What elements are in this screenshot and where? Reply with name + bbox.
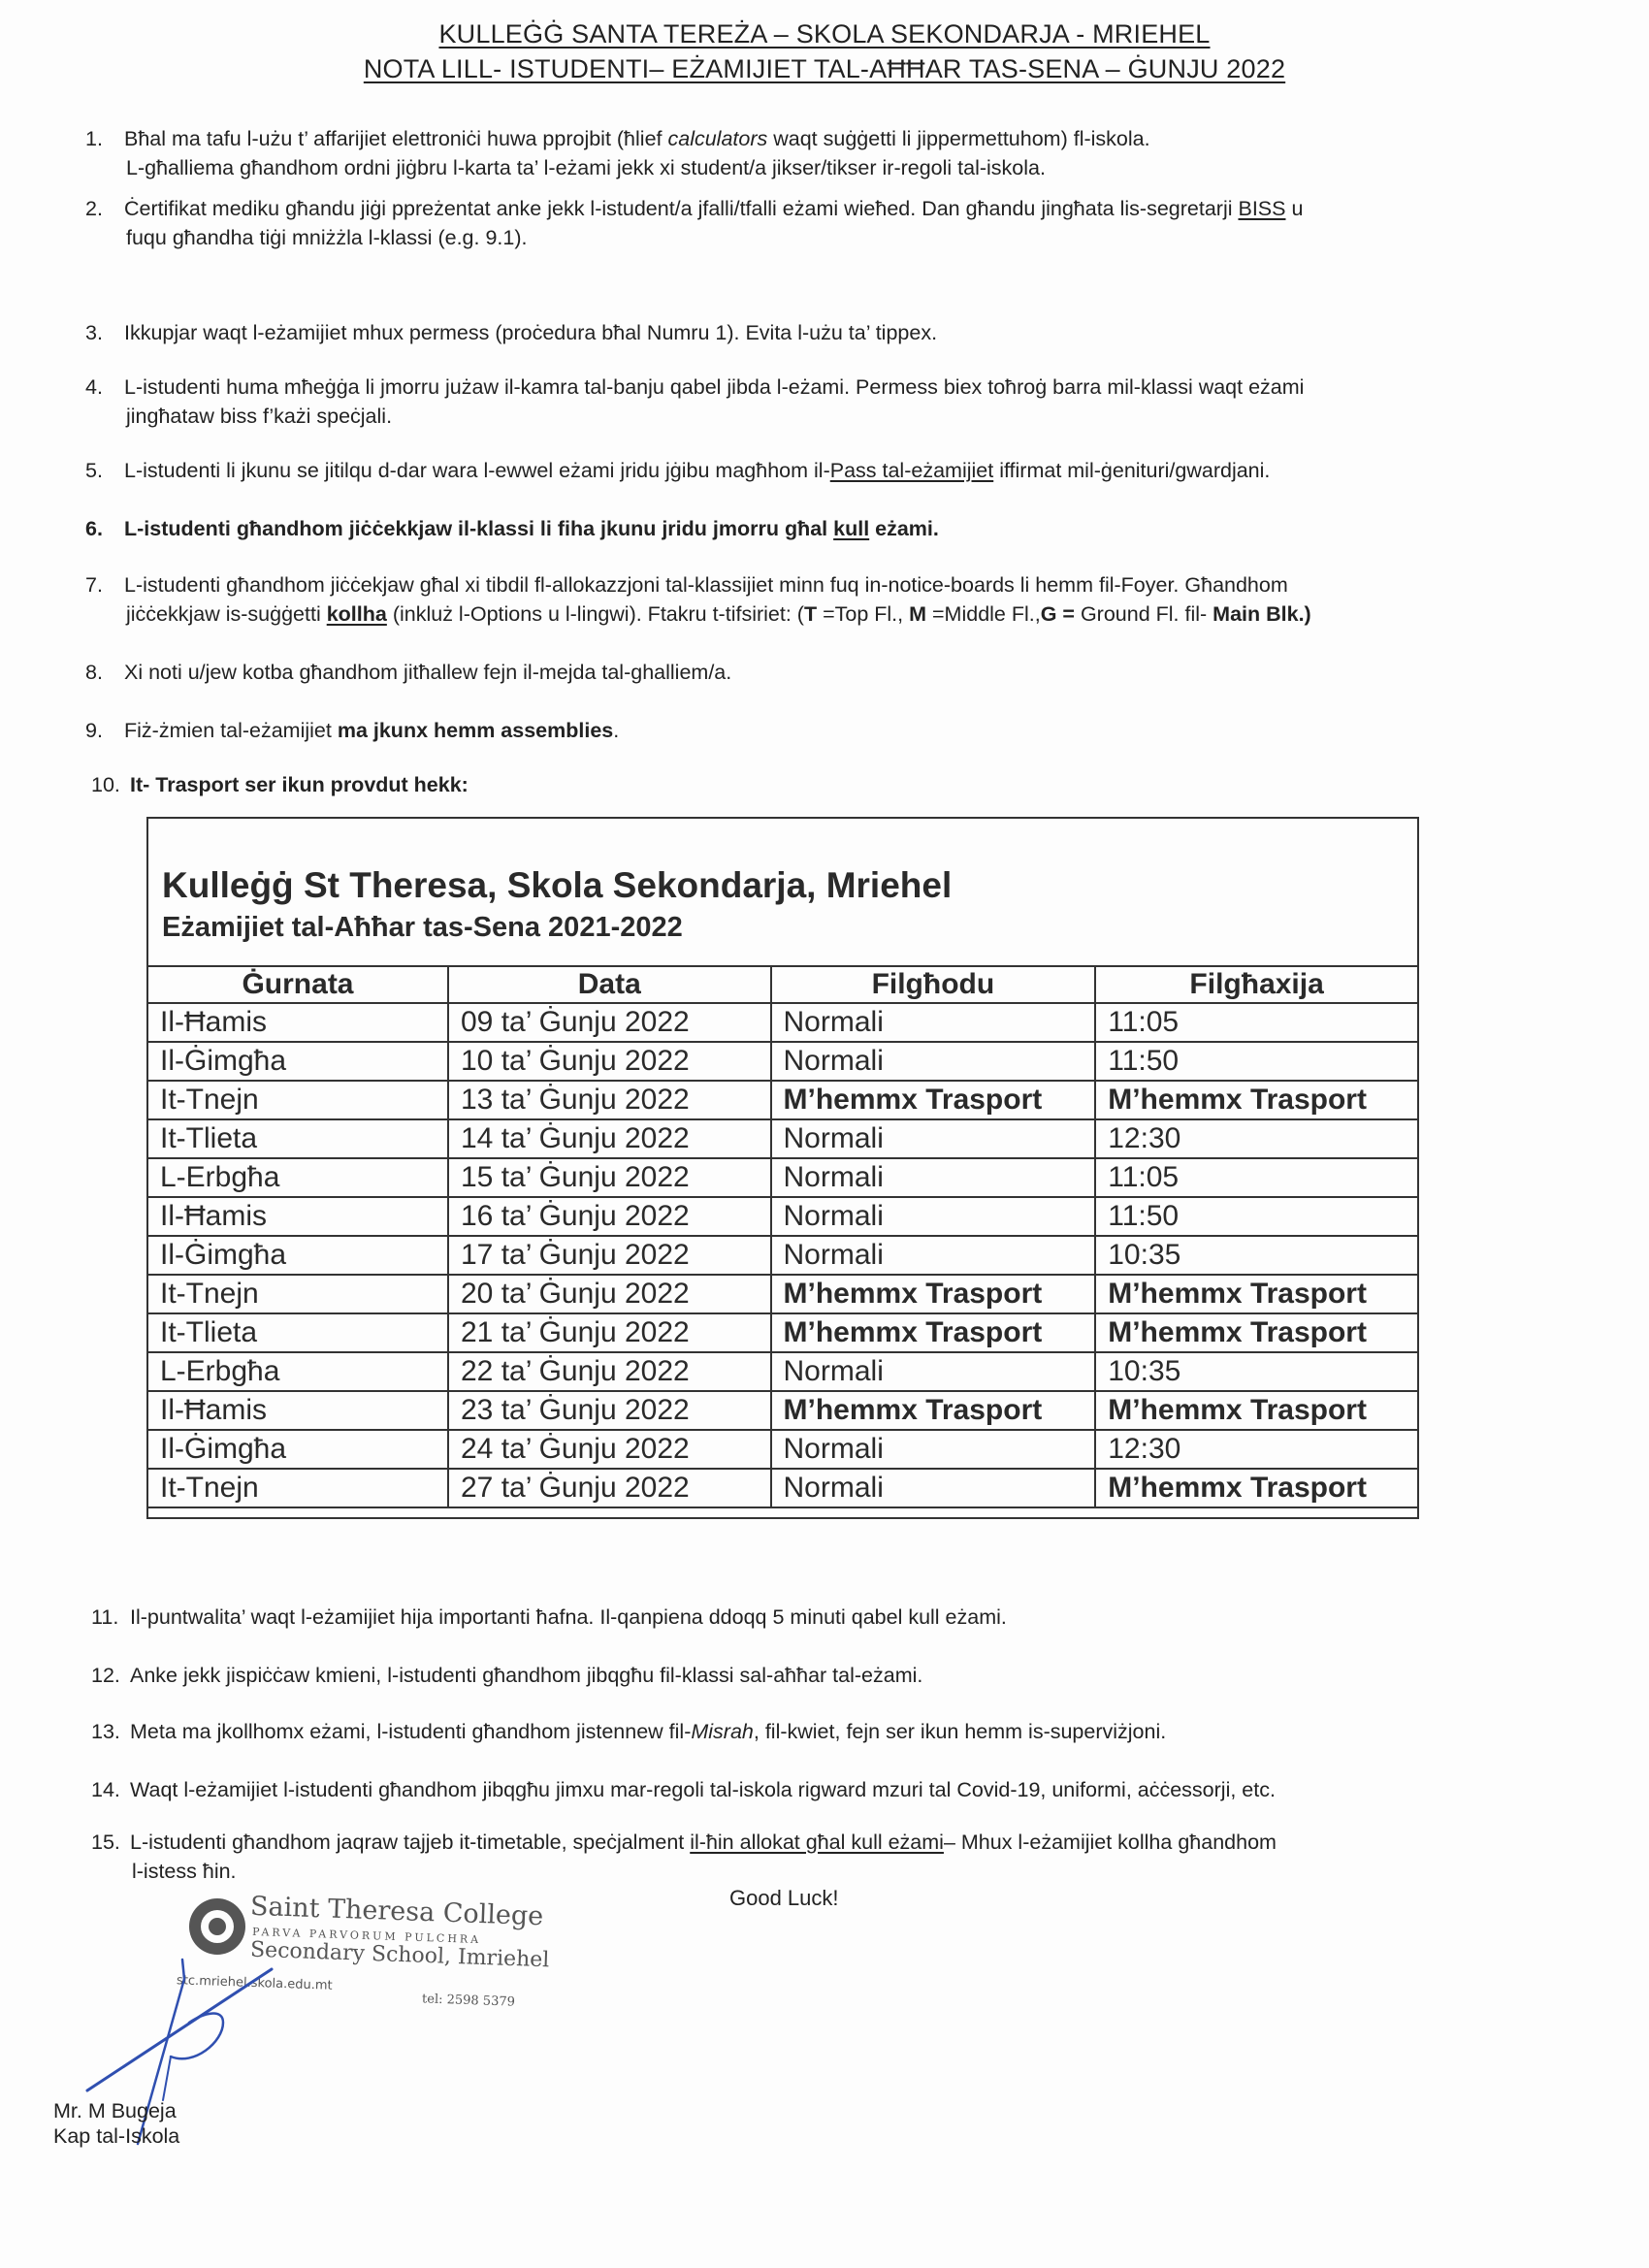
note-number: 8. bbox=[85, 658, 124, 687]
cell-morning: M’hemmx Trasport bbox=[771, 1275, 1096, 1313]
cell-date: 23 ta’ Ġunju 2022 bbox=[448, 1391, 771, 1430]
cell-afternoon: 10:35 bbox=[1095, 1352, 1418, 1391]
cell-morning: Normali bbox=[771, 1119, 1096, 1158]
cell-morning: Normali bbox=[771, 1469, 1096, 1507]
cell-day: L-Erbgħa bbox=[147, 1158, 448, 1197]
note-text: Bħal ma tafu l-użu t’ affarijiet elettro… bbox=[124, 127, 1150, 150]
note-text: Ċertifikat mediku għandu jiġi ppreżentat… bbox=[124, 197, 1303, 220]
cell-day: Il-Ħamis bbox=[147, 1391, 448, 1430]
note-number: 7. bbox=[85, 570, 124, 599]
note-item: 6.L-istudenti għandhom jiċċekkjaw il-kla… bbox=[85, 514, 1540, 543]
table-row: L-Erbgħa15 ta’ Ġunju 2022Normali11:05 bbox=[147, 1158, 1418, 1197]
note-number: 10. bbox=[91, 770, 130, 799]
note-number: 15. bbox=[91, 1828, 130, 1857]
cell-date: 09 ta’ Ġunju 2022 bbox=[448, 1003, 771, 1042]
note-text: Waqt l-eżamijiet l-istudenti għandhom ji… bbox=[130, 1778, 1276, 1801]
table-row: It-Tnejn27 ta’ Ġunju 2022NormaliM’hemmx … bbox=[147, 1469, 1418, 1507]
cell-date: 24 ta’ Ġunju 2022 bbox=[448, 1430, 771, 1469]
cell-day: It-Tlieta bbox=[147, 1313, 448, 1352]
cell-date: 17 ta’ Ġunju 2022 bbox=[448, 1236, 771, 1275]
note-item: 2.Ċertifikat mediku għandu jiġi ppreżent… bbox=[85, 194, 1540, 252]
cell-date: 15 ta’ Ġunju 2022 bbox=[448, 1158, 771, 1197]
signer-name: Mr. M Bugeja bbox=[53, 2098, 179, 2123]
note-number: 3. bbox=[85, 318, 124, 347]
cell-day: It-Tlieta bbox=[147, 1119, 448, 1158]
cell-morning: Normali bbox=[771, 1430, 1096, 1469]
note-item: 7.L-istudenti għandhom jiċċekjaw għal xi… bbox=[85, 570, 1540, 629]
note-number: 13. bbox=[91, 1717, 130, 1746]
notice-page: KULLEĠĠ SANTA TEREŻA – SKOLA SEKONDARJA … bbox=[0, 0, 1649, 2268]
note-item: 15.L-istudenti għandhom jaqraw tajjeb it… bbox=[91, 1828, 1546, 1886]
cell-date: 27 ta’ Ġunju 2022 bbox=[448, 1469, 771, 1507]
timetable-table: Ġurnata Data Filgħodu Filgħaxija Il-Ħami… bbox=[146, 965, 1419, 1508]
table-header-row: Ġurnata Data Filgħodu Filgħaxija bbox=[147, 966, 1418, 1003]
cell-morning: Normali bbox=[771, 1003, 1096, 1042]
note-text: Ikkupjar waqt l-eżamijiet mhux permess (… bbox=[124, 321, 937, 344]
note-text-continued: L-għalliema għandhom ordni jiġbru l-kart… bbox=[85, 153, 1540, 182]
table-row: Il-Ħamis16 ta’ Ġunju 2022Normali11:50 bbox=[147, 1197, 1418, 1236]
note-item: 14.Waqt l-eżamijiet l-istudenti għandhom… bbox=[91, 1775, 1546, 1804]
note-item: 5.L-istudenti li jkunu se jitilqu d-dar … bbox=[85, 456, 1540, 485]
cell-afternoon: M’hemmx Trasport bbox=[1095, 1469, 1418, 1507]
note-number: 2. bbox=[85, 194, 124, 223]
table-row: It-Tlieta21 ta’ Ġunju 2022M’hemmx Traspo… bbox=[147, 1313, 1418, 1352]
table-row: It-Tnejn20 ta’ Ġunju 2022M’hemmx Traspor… bbox=[147, 1275, 1418, 1313]
table-row: It-Tlieta14 ta’ Ġunju 2022Normali12:30 bbox=[147, 1119, 1418, 1158]
cell-afternoon: 11:50 bbox=[1095, 1197, 1418, 1236]
cell-afternoon: 11:05 bbox=[1095, 1158, 1418, 1197]
cell-day: It-Tnejn bbox=[147, 1081, 448, 1119]
cell-date: 22 ta’ Ġunju 2022 bbox=[448, 1352, 771, 1391]
cell-morning: Normali bbox=[771, 1352, 1096, 1391]
column-header-day: Ġurnata bbox=[147, 966, 448, 1003]
table-row: Il-Ħamis09 ta’ Ġunju 2022Normali11:05 bbox=[147, 1003, 1418, 1042]
cell-day: It-Tnejn bbox=[147, 1275, 448, 1313]
header-line-1: KULLEĠĠ SANTA TEREŻA – SKOLA SEKONDARJA … bbox=[0, 19, 1649, 49]
note-item: 11.Il-puntwalita’ waqt l-eżamijiet hija … bbox=[91, 1603, 1546, 1632]
signer-role: Kap tal-Iskola bbox=[53, 2123, 179, 2149]
exam-timetable: Kulleġġ St Theresa, Skola Sekondarja, Mr… bbox=[146, 817, 1419, 1519]
cell-date: 10 ta’ Ġunju 2022 bbox=[448, 1042, 771, 1081]
note-number: 14. bbox=[91, 1775, 130, 1804]
timetable-title: Kulleġġ St Theresa, Skola Sekondarja, Mr… bbox=[162, 865, 952, 906]
cell-date: 16 ta’ Ġunju 2022 bbox=[448, 1197, 771, 1236]
cell-morning: Normali bbox=[771, 1236, 1096, 1275]
table-row: Il-Ġimgħa10 ta’ Ġunju 2022Normali11:50 bbox=[147, 1042, 1418, 1081]
note-text: Xi noti u/jew kotba għandhom jitħallew f… bbox=[124, 661, 731, 684]
cell-afternoon: 12:30 bbox=[1095, 1430, 1418, 1469]
cell-day: Il-Ġimgħa bbox=[147, 1430, 448, 1469]
cell-afternoon: M’hemmx Trasport bbox=[1095, 1313, 1418, 1352]
note-number: 6. bbox=[85, 514, 124, 543]
note-number: 4. bbox=[85, 373, 124, 402]
note-item: 13.Meta ma jkollhomx eżami, l-istudenti … bbox=[91, 1717, 1546, 1746]
timetable-subtitle: Eżamijiet tal-Aħħar tas-Sena 2021-2022 bbox=[162, 912, 683, 944]
note-text: L-istudenti huma mħeġġa li jmorru jużaw … bbox=[124, 375, 1304, 399]
cell-morning: Normali bbox=[771, 1042, 1096, 1081]
note-text: Il-puntwalita’ waqt l-eżamijiet hija imp… bbox=[130, 1605, 1007, 1629]
stamp-telephone: tel: 2598 5379 bbox=[422, 1992, 515, 2009]
cell-day: It-Tnejn bbox=[147, 1469, 448, 1507]
header-line-2: NOTA LILL- ISTUDENTI– EŻAMIJIET TAL-AĦĦA… bbox=[0, 54, 1649, 84]
table-row: Il-Ħamis23 ta’ Ġunju 2022M’hemmx Traspor… bbox=[147, 1391, 1418, 1430]
note-number: 12. bbox=[91, 1661, 130, 1690]
note-text: Anke jekk jispiċċaw kmieni, l-istudenti … bbox=[130, 1664, 922, 1687]
table-row: Il-Ġimgħa17 ta’ Ġunju 2022Normali10:35 bbox=[147, 1236, 1418, 1275]
cell-afternoon: 12:30 bbox=[1095, 1119, 1418, 1158]
cell-afternoon: 11:05 bbox=[1095, 1003, 1418, 1042]
note-number: 5. bbox=[85, 456, 124, 485]
note-number: 11. bbox=[91, 1603, 130, 1632]
cell-day: Il-Ġimgħa bbox=[147, 1042, 448, 1081]
good-luck-text: Good Luck! bbox=[729, 1886, 839, 1911]
cell-afternoon: 11:50 bbox=[1095, 1042, 1418, 1081]
note-text: L-istudenti li jkunu se jitilqu d-dar wa… bbox=[124, 459, 1270, 482]
cell-morning: Normali bbox=[771, 1158, 1096, 1197]
cell-afternoon: M’hemmx Trasport bbox=[1095, 1391, 1418, 1430]
cell-afternoon: M’hemmx Trasport bbox=[1095, 1081, 1418, 1119]
note-text: L-istudenti għandhom jiċċekjaw għal xi t… bbox=[124, 573, 1288, 597]
note-number: 9. bbox=[85, 716, 124, 745]
note-text-continued: l-istess ħin. bbox=[91, 1857, 1546, 1886]
cell-day: Il-Ħamis bbox=[147, 1197, 448, 1236]
note-text: Fiż-żmien tal-eżamijiet ma jkunx hemm as… bbox=[124, 719, 619, 742]
note-text: It- Trasport ser ikun provdut hekk: bbox=[130, 773, 469, 796]
cell-morning: M’hemmx Trasport bbox=[771, 1313, 1096, 1352]
table-row: L-Erbgħa22 ta’ Ġunju 2022Normali10:35 bbox=[147, 1352, 1418, 1391]
cell-day: Il-Ħamis bbox=[147, 1003, 448, 1042]
column-header-morning: Filgħodu bbox=[771, 966, 1096, 1003]
signatory: Mr. M Bugeja Kap tal-Iskola bbox=[53, 2098, 179, 2149]
cell-afternoon: M’hemmx Trasport bbox=[1095, 1275, 1418, 1313]
cell-date: 21 ta’ Ġunju 2022 bbox=[448, 1313, 771, 1352]
cell-date: 13 ta’ Ġunju 2022 bbox=[448, 1081, 771, 1119]
note-number: 1. bbox=[85, 124, 124, 153]
note-item: 9.Fiż-żmien tal-eżamijiet ma jkunx hemm … bbox=[85, 716, 1540, 745]
note-item: 4.L-istudenti huma mħeġġa li jmorru juża… bbox=[85, 373, 1540, 431]
note-item: 1.Bħal ma tafu l-użu t’ affarijiet elett… bbox=[85, 124, 1540, 182]
note-item: 12.Anke jekk jispiċċaw kmieni, l-istuden… bbox=[91, 1661, 1546, 1690]
cell-afternoon: 10:35 bbox=[1095, 1236, 1418, 1275]
cell-morning: Normali bbox=[771, 1197, 1096, 1236]
cell-morning: M’hemmx Trasport bbox=[771, 1391, 1096, 1430]
note-item: 8.Xi noti u/jew kotba għandhom jitħallew… bbox=[85, 658, 1540, 687]
cell-date: 14 ta’ Ġunju 2022 bbox=[448, 1119, 771, 1158]
column-header-afternoon: Filgħaxija bbox=[1095, 966, 1418, 1003]
note-text: L-istudenti għandhom jiċċekkjaw il-klass… bbox=[124, 517, 939, 540]
note-item: 3.Ikkupjar waqt l-eżamijiet mhux permess… bbox=[85, 318, 1540, 347]
note-item: 10.It- Trasport ser ikun provdut hekk: bbox=[91, 770, 1546, 799]
table-row: Il-Ġimgħa24 ta’ Ġunju 2022Normali12:30 bbox=[147, 1430, 1418, 1469]
cell-day: Il-Ġimgħa bbox=[147, 1236, 448, 1275]
note-text-continued: jiċċekkjaw is-suġġetti kollha (inkluż l-… bbox=[85, 599, 1540, 629]
cell-morning: M’hemmx Trasport bbox=[771, 1081, 1096, 1119]
column-header-date: Data bbox=[448, 966, 771, 1003]
note-text-continued: fuqu għandha tiġi mniżżla l-klassi (e.g.… bbox=[85, 223, 1540, 252]
note-text: Meta ma jkollhomx eżami, l-istudenti għa… bbox=[130, 1720, 1166, 1743]
note-text-continued: jingħataw biss f’każi speċjali. bbox=[85, 402, 1540, 431]
table-row: It-Tnejn13 ta’ Ġunju 2022M’hemmx Traspor… bbox=[147, 1081, 1418, 1119]
note-text: L-istudenti għandhom jaqraw tajjeb it-ti… bbox=[130, 1831, 1277, 1854]
cell-date: 20 ta’ Ġunju 2022 bbox=[448, 1275, 771, 1313]
cell-day: L-Erbgħa bbox=[147, 1352, 448, 1391]
